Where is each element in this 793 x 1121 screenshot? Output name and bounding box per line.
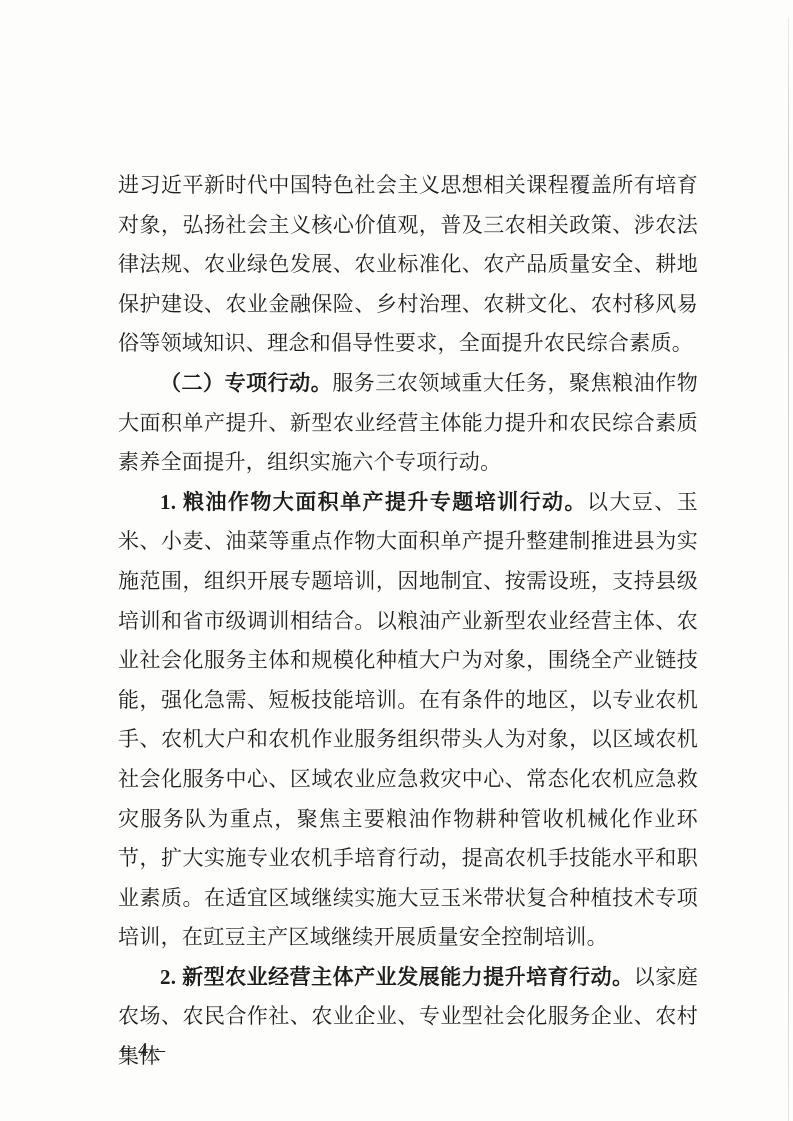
paragraph-lead: 1. 粮油作物大面积单产提升专题培训行动。 — [160, 490, 587, 514]
document-page: 进习近平新时代中国特色社会主义思想相关课程覆盖所有培育对象，弘扬社会主义核心价值… — [0, 0, 793, 1121]
paragraph-action-1: 1. 粮油作物大面积单产提升专题培训行动。以大豆、玉米、小麦、油菜等重点作物大面… — [118, 483, 698, 958]
document-body: 进习近平新时代中国特色社会主义思想相关课程覆盖所有培育对象，弘扬社会主义核心价值… — [118, 166, 698, 1077]
page-number: – 4 – — [121, 1038, 166, 1062]
paragraph-lead: （二）专项行动。 — [160, 371, 332, 395]
paragraph-section-two: （二）专项行动。服务三农领域重大任务，聚焦粮油作物大面积单产提升、新型农业经营主… — [118, 364, 698, 483]
paragraph-lead: 2. 新型农业经营主体产业发展能力提升培育行动。 — [160, 965, 634, 989]
paragraph-text: 以大豆、玉米、小麦、油菜等重点作物大面积单产提升整建制推进县为实施范围，组织开展… — [118, 490, 698, 950]
scan-edge-artifact — [788, 18, 789, 1121]
paragraph-action-2: 2. 新型农业经营主体产业发展能力提升培育行动。以家庭农场、农民合作社、农业企业… — [118, 958, 698, 1077]
paragraph-continuation: 进习近平新时代中国特色社会主义思想相关课程覆盖所有培育对象，弘扬社会主义核心价值… — [118, 166, 698, 364]
paragraph-text: 进习近平新时代中国特色社会主义思想相关课程覆盖所有培育对象，弘扬社会主义核心价值… — [118, 173, 698, 355]
